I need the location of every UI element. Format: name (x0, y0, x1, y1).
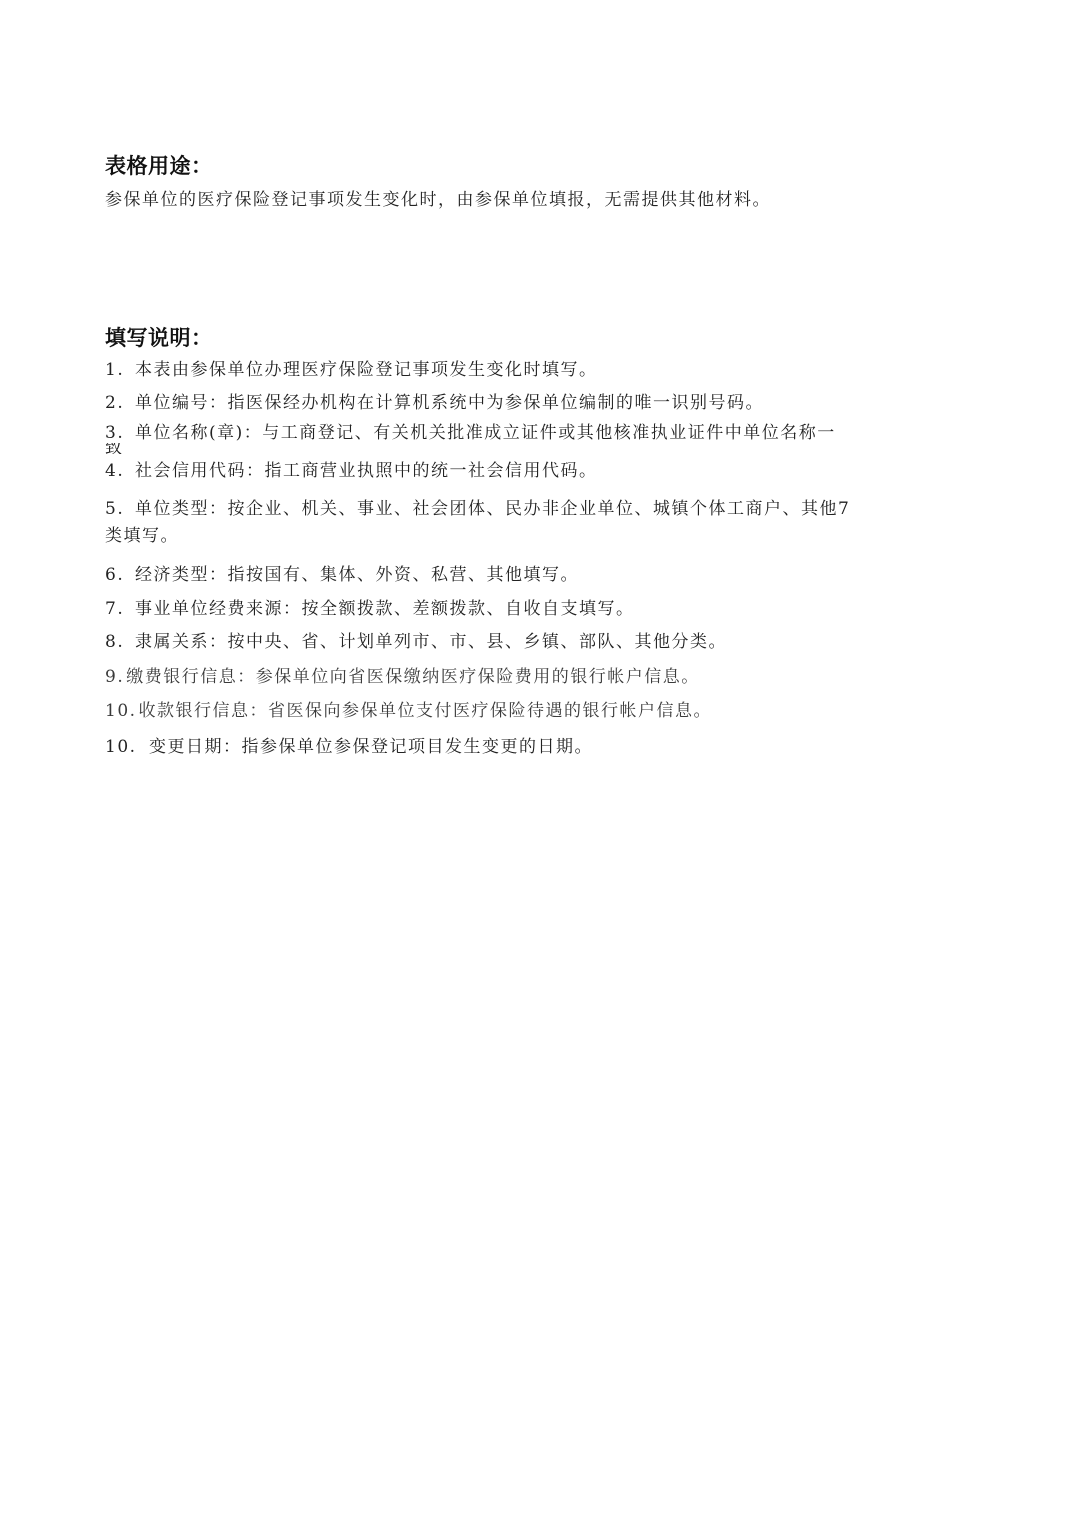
instruction-item-1: 1.本表由参保单位办理医疗保险登记事项发生变化时填写。 (105, 358, 598, 382)
instruction-item-3-continuation: 致 (105, 443, 122, 454)
instruction-item-11: 10.变更日期：指参保单位参保登记项目发生变更的日期。 (105, 735, 593, 759)
instruction-item-3: 3.单位名称(章)：与工商登记、有关机关批准成立证件或其他核准执业证件中单位名称… (105, 421, 836, 445)
instruction-item-4: 4.社会信用代码：指工商营业执照中的统一社会信用代码。 (105, 459, 598, 483)
instruction-item-5-continuation: 类填写。 (105, 524, 179, 548)
purpose-heading: 表格用途： (105, 150, 213, 180)
instruction-item-2: 2.单位编号：指医保经办机构在计算机系统中为参保单位编制的唯一识别号码。 (105, 391, 764, 415)
instruction-item-5: 5.单位类型：按企业、机关、事业、社会团体、民办非企业单位、城镇个体工商户、其他… (105, 497, 850, 521)
purpose-text: 参保单位的医疗保险登记事项发生变化时，由参保单位填报，无需提供其他材料。 (105, 188, 771, 212)
instruction-item-10: 10.收款银行信息：省医保向参保单位支付医疗保险待遇的银行帐户信息。 (105, 699, 712, 723)
instruction-item-9: 9.缴费银行信息：参保单位向省医保缴纳医疗保险费用的银行帐户信息。 (105, 665, 700, 689)
instruction-item-8: 8.隶属关系：按中央、省、计划单列市、市、县、乡镇、部队、其他分类。 (105, 630, 727, 654)
instruction-item-6: 6.经济类型：指按国有、集体、外资、私营、其他填写。 (105, 563, 579, 587)
instructions-heading: 填写说明： (105, 322, 213, 352)
instruction-item-7: 7.事业单位经费来源：按全额拨款、差额拨款、自收自支填写。 (105, 597, 635, 621)
